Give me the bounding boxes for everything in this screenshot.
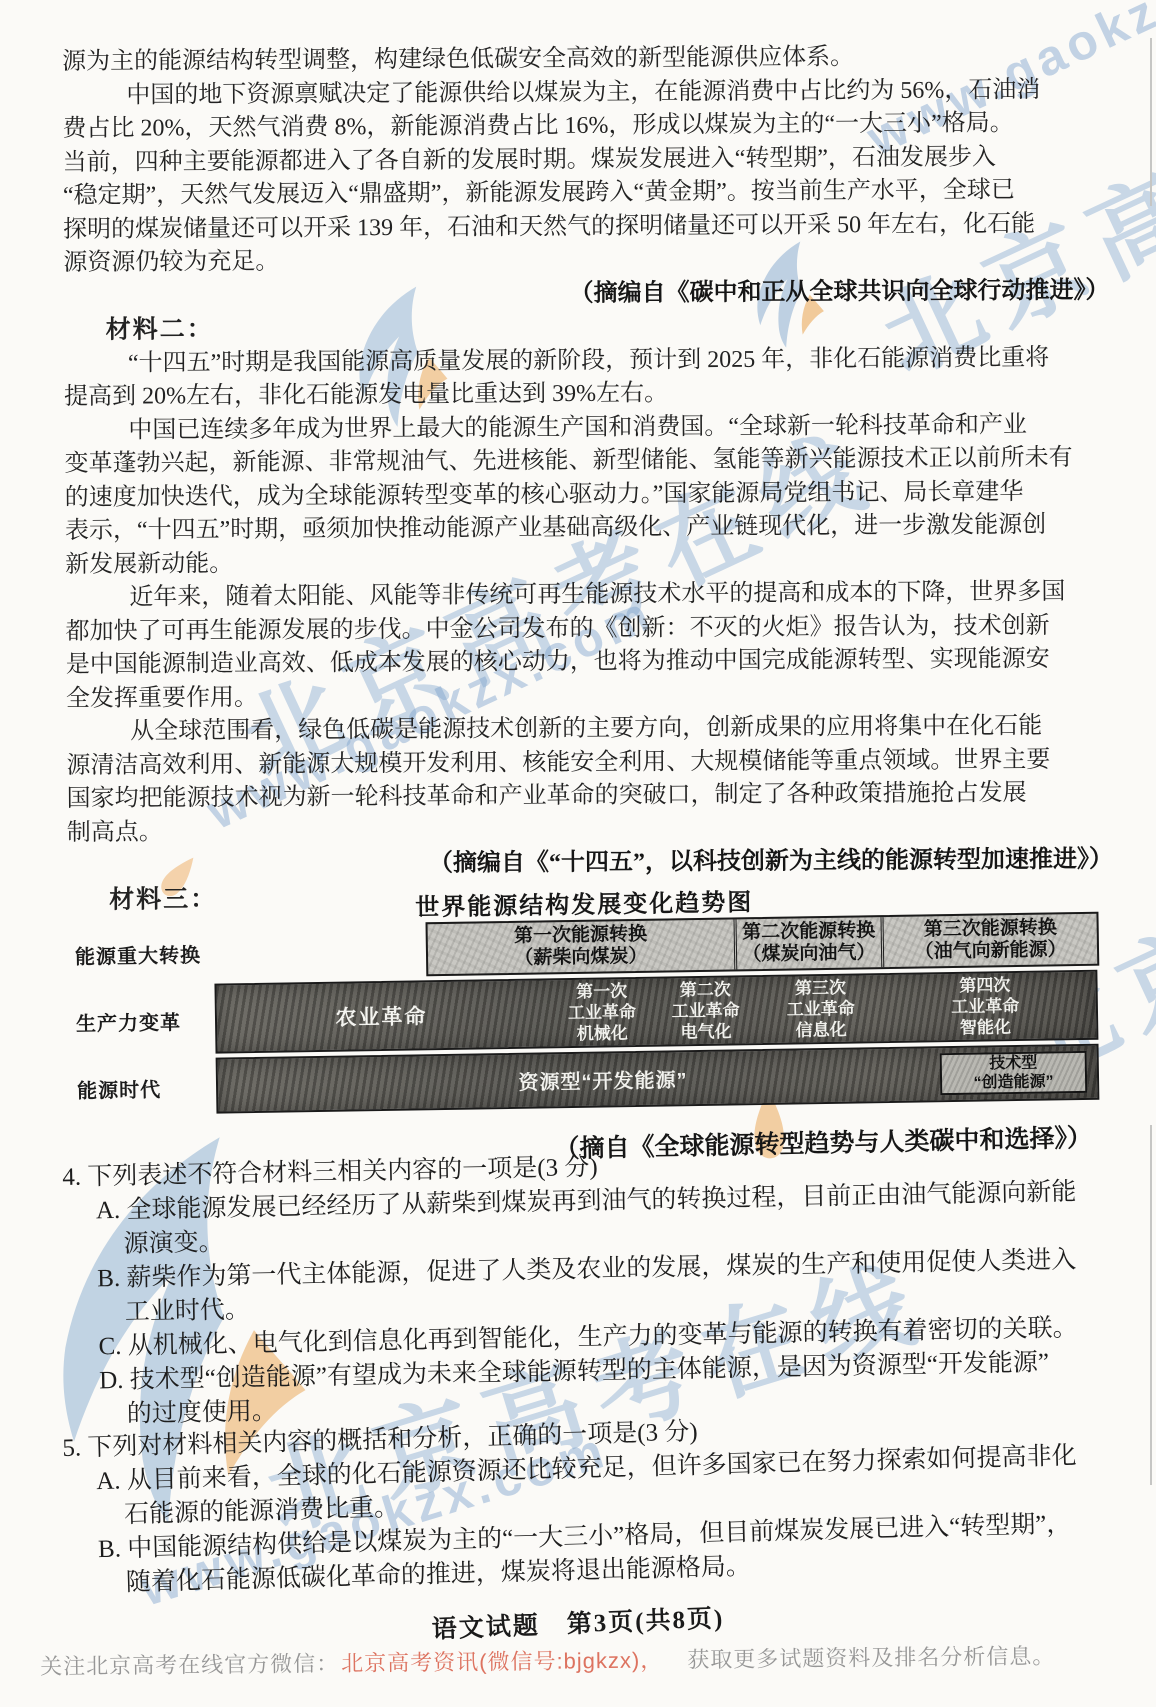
material-2-citation: （摘编自《“十四五”，以科技创新为主线的能源转型加速推进》）: [67, 844, 1113, 884]
body-line: 近年来，随着太阳能、风能等非传统可再生能源技术水平的提高和成本的下降，世界多国: [65, 576, 1111, 616]
row-label-productivity: 生产力变革: [76, 1006, 181, 1037]
transition-segment-3: 第三次能源转换 （油气向新能源）: [881, 914, 1098, 967]
body-line: “十四五”时期是我国能源高质量发展的新阶段，预计到 2025 年，非化石能源消费…: [64, 341, 1110, 381]
energy-trend-diagram: 世界能源结构发展变化趋势图 能源重大转换 生产力变革 能源时代 第一次能源转换 …: [60, 877, 1112, 1161]
col-line: 第四次: [951, 974, 1019, 996]
col-line: 工业革命: [787, 998, 855, 1020]
material-1-citation: （摘编自《碳中和正从全球共识向全球行动推进》）: [63, 274, 1109, 314]
body-line: 变革蓬勃兴起，新能源、非常规油气、先进核能、新型储能、氢能等新兴能源技术正以前所…: [64, 442, 1110, 482]
industrial-revolution-3: 第三次 工业革命 信息化: [786, 977, 855, 1041]
energy-transition-bar: 第一次能源转换 （薪柴向煤炭） 第二次能源转换 （煤炭向油气） 第三次能源转换 …: [426, 912, 1100, 977]
scan-edge-line: [1150, 38, 1152, 206]
transition-segment-1: 第一次能源转换 （薪柴向煤炭）: [428, 919, 734, 974]
col-line: 第一次: [567, 980, 635, 1002]
body-line: 费占比 20%，天然气消费 8%，新能源消费占比 16%，形成以煤炭为主的“一大…: [62, 107, 1108, 147]
industrial-revolution-2: 第二次 工业革命 电气化: [671, 979, 740, 1043]
agriculture-revolution-label: 农业革命: [335, 1000, 427, 1031]
tech-box-line: “创造能源”: [973, 1072, 1053, 1092]
resource-type-label: 资源型“开发能源”: [518, 1064, 687, 1096]
body-line: 是中国能源制造业高效、低成本发展的核心动力，也将为推动中国完成能源转型、实现能源…: [66, 643, 1112, 683]
segment-line: （煤炭向油气）: [742, 942, 875, 966]
tech-box-line: 技术型: [989, 1054, 1037, 1074]
wechat-note-suffix: 获取更多试题资料及排名分析信息。: [687, 1643, 1055, 1672]
col-line: 工业革命: [568, 1001, 636, 1023]
wechat-note-prefix: 关注北京高考在线官方微信：: [40, 1651, 339, 1679]
wechat-note-red: 北京高考资讯(微信号:bjgkzx)，: [341, 1647, 663, 1675]
question-4: 4. 下列表述不符合材料三相关内容的一项是(3 分) A. 全球能源发展已经经历…: [62, 1141, 1131, 1433]
industrial-revolution-4: 第四次 工业革命 智能化: [951, 974, 1020, 1038]
productivity-bar: 农业革命 第一次 工业革命 机械化 第二次 工业革命 电气化 第三次 工业革命 …: [214, 970, 1098, 1054]
material-text-column: 源为主的能源结构转型调整，构建绿色低碳安全高效的新型能源供应体系。 中国的地下资…: [62, 40, 1113, 917]
scan-edge-line: [1150, 1125, 1152, 1485]
col-line: 智能化: [951, 1016, 1019, 1038]
energy-era-bar: 资源型“开发能源” 技术型 “创造能源”: [216, 1044, 1100, 1114]
col-line: 信息化: [787, 1019, 855, 1041]
segment-line: 第二次能源转换: [742, 920, 875, 944]
body-line: 表示，“十四五”时期，亟须加快推动能源产业基础高级化、产业链现代化，进一步激发能…: [65, 509, 1111, 549]
col-line: 第二次: [671, 979, 739, 1001]
col-line: 电气化: [672, 1021, 740, 1043]
body-line: 国家均把能源技术视为新一轮科技革命和产业革命的突破口，制定了各种政策措施抢占发展: [67, 777, 1113, 817]
row-label-energy-transition: 能源重大转换: [75, 939, 201, 970]
body-line: 探明的煤炭储量还可以开采 139 年，石油和天然气的探明储量还可以开采 50 年…: [63, 207, 1109, 247]
col-line: 机械化: [568, 1022, 636, 1044]
segment-line: 第三次能源转换: [924, 917, 1057, 941]
segment-line: （油气向新能源）: [914, 939, 1066, 963]
row-label-energy-era: 能源时代: [77, 1073, 161, 1103]
question-5: 5. 下列对材料相关内容的概括和分析，正确的一项是(3 分) A. 从目前来看，…: [62, 1404, 1130, 1602]
industrial-revolution-1: 第一次 工业革命 机械化: [567, 980, 636, 1044]
scanned-exam-page: www.gaokzx.com 北京高考在线 北京高考在线 www.gaokzx.…: [0, 0, 1156, 1707]
transition-segment-2: 第二次能源转换 （煤炭向油气）: [733, 917, 881, 969]
segment-line: 第一次能源转换: [514, 924, 647, 948]
body-line: 从全球范围看，绿色低碳是能源技术创新的主要方向，创新成果的应用将集中在化石能: [66, 710, 1112, 750]
col-line: 第三次: [786, 977, 854, 999]
segment-line: （薪柴向煤炭）: [514, 946, 647, 970]
technology-type-box: 技术型 “创造能源”: [940, 1051, 1088, 1095]
col-line: 工业革命: [951, 995, 1019, 1017]
col-line: 工业革命: [671, 1000, 739, 1022]
body-line: “稳定期”，天然气发展迈入“鼎盛期”，新能源发展跨入“黄金期”。按当前生产水平，…: [63, 174, 1109, 214]
